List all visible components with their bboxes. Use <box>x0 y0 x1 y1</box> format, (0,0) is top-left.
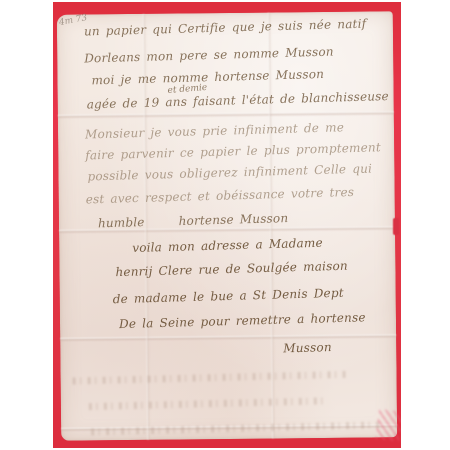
ink-showthrough-line <box>91 421 379 435</box>
handwritten-line: faire parvenir ce papier le plus prompte… <box>85 140 381 162</box>
letter-photo: 4m 73 un papier qui Certifie que je suis… <box>53 2 401 448</box>
handwritten-line: Dorleans mon pere se nomme Musson <box>84 45 334 66</box>
closing-word: humble <box>98 215 145 230</box>
handwritten-line: henrij Clere rue de Soulgée maison <box>115 259 348 279</box>
fold-crease-horizontal <box>58 111 394 119</box>
ink-showthrough-line <box>73 371 348 385</box>
handwritten-line: possible vous obligerez infiniment Celle… <box>87 162 372 184</box>
letter-paper: 4m 73 un papier qui Certifie que je suis… <box>57 11 397 440</box>
ink-showthrough-line <box>89 397 327 410</box>
red-crayon-mark <box>375 409 401 442</box>
handwritten-line: De la Seine pour remettre a hortense <box>119 310 366 331</box>
handwritten-line: Musson <box>283 340 332 355</box>
handwritten-line: Monsieur je vous prie infiniment de me <box>85 120 344 141</box>
fold-crease-horizontal <box>60 334 396 342</box>
fold-gap <box>393 218 399 235</box>
handwritten-line: un papier qui Certifie que je suis née n… <box>84 17 367 39</box>
handwritten-line: voila mon adresse a Madame <box>132 236 323 255</box>
handwritten-line: agée de 19 ans faisant l'état de blanchi… <box>87 89 390 111</box>
handwritten-line: est avec respect et obéissance votre tre… <box>86 185 355 206</box>
handwritten-line: moi je me nomme hortense Musson <box>91 67 324 87</box>
